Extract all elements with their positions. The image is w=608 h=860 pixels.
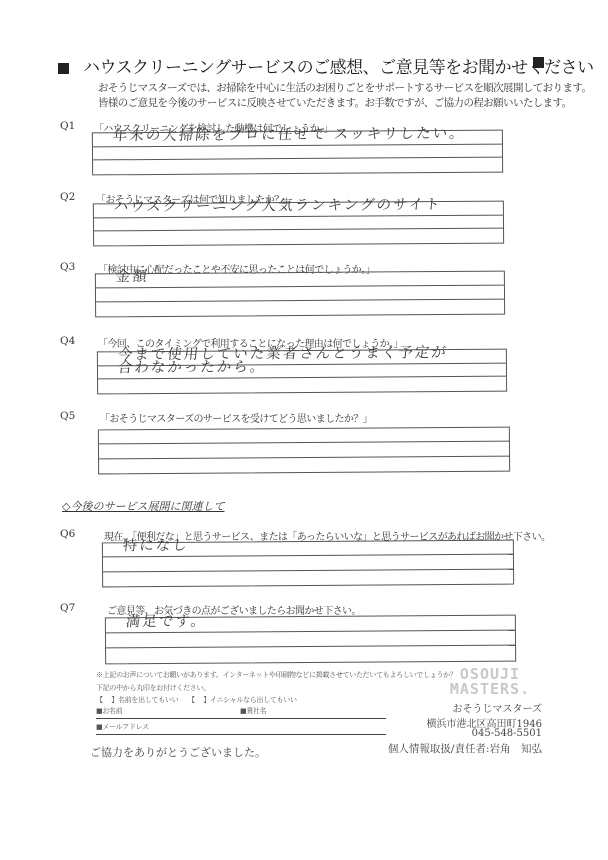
handwritten-answer: 年末の大掃除をプロに任せて スッキリしたい。 bbox=[112, 121, 467, 144]
thanks-message: ご協力をありがとうございました。 bbox=[90, 744, 266, 760]
answer-box-q1[interactable]: 年末の大掃除をプロに任せて スッキリしたい。 bbox=[92, 130, 503, 176]
handwritten-answer: 満足です。 bbox=[125, 610, 208, 632]
answer-box-q2[interactable]: ハウスクリーニング人気ランキングのサイト bbox=[93, 201, 504, 247]
company-label: ■貴社名 bbox=[240, 707, 266, 715]
name-label: ■お名前 bbox=[96, 707, 122, 715]
form-title: ハウスクリーニングサービスのご感想、ご意見等をお聞かせください bbox=[58, 53, 558, 78]
question-number: Q7 bbox=[60, 602, 75, 614]
privacy-officer: 個人情報取扱/責任者:岩角 知弘 bbox=[388, 741, 542, 756]
name-underline bbox=[96, 718, 386, 719]
question-number: Q1 bbox=[60, 120, 75, 132]
answer-box-q5[interactable] bbox=[98, 427, 510, 475]
section-heading: ◇今後のサービス展開に関連して bbox=[62, 498, 224, 514]
answer-box-q6[interactable]: 特になし bbox=[102, 540, 514, 588]
square-bullet-icon bbox=[58, 63, 69, 74]
intro-line-1: おそうじマスターズでは、お掃除を中心に生活のお困りごとをサポートするサービスを順… bbox=[98, 80, 591, 95]
email-field[interactable]: ■メールアドレス bbox=[96, 722, 386, 735]
question-number: Q5 bbox=[60, 410, 75, 422]
answer-line[interactable] bbox=[99, 456, 509, 473]
question-number: Q2 bbox=[60, 191, 75, 203]
intro-line-2: 皆様のご意見を今後のサービスに反映させていただきます。お手数ですが、ご協力の程お… bbox=[98, 95, 572, 110]
question-text: 「おそうじマスターズのサービスを受けてどう思いましたか？」 bbox=[100, 410, 372, 425]
answer-line[interactable] bbox=[103, 569, 513, 586]
answer-box-q7[interactable]: 満足です。 bbox=[105, 615, 516, 665]
answer-line[interactable] bbox=[93, 158, 502, 175]
handwritten-answer: 金額 bbox=[115, 265, 150, 286]
question-number: Q6 bbox=[60, 528, 75, 540]
handwritten-answer: ハウスクリーニング人気ランキングのサイト bbox=[113, 193, 443, 216]
company-field[interactable]: ■貴社名 bbox=[240, 706, 386, 718]
consent-line-2: 下記の中から丸印をお付けください。 bbox=[96, 683, 210, 693]
consent-option-initial[interactable]: 【 】イニシャルなら出してもいい bbox=[188, 695, 297, 705]
company-name: おそうじマスターズ bbox=[453, 700, 543, 715]
question-number: Q3 bbox=[60, 261, 75, 273]
answer-line[interactable] bbox=[94, 229, 503, 246]
email-label: ■メールアドレス bbox=[96, 723, 149, 731]
answer-box-q3[interactable]: 金額 bbox=[95, 271, 505, 318]
handwritten-answer: 合わなかったから。 bbox=[117, 356, 268, 378]
consent-option-name[interactable]: 【 】名前を出してもいい bbox=[96, 695, 178, 705]
logo-line-2: MASTERS. bbox=[440, 682, 540, 697]
answer-line[interactable] bbox=[98, 377, 506, 394]
square-bullet-icon bbox=[533, 57, 544, 68]
question-number: Q4 bbox=[60, 335, 75, 347]
company-phone: 045-548-5501 bbox=[472, 728, 542, 739]
answer-line[interactable] bbox=[106, 646, 515, 664]
answer-line[interactable] bbox=[96, 300, 504, 317]
form-title-text: ハウスクリーニングサービスのご感想、ご意見等をお聞かせください bbox=[83, 58, 594, 78]
answer-box-q4[interactable]: 今まで使用していた業者さんとうまく予定が合わなかったから。 bbox=[97, 349, 507, 395]
company-logo: OSOUJI MASTERS. bbox=[440, 667, 540, 697]
handwritten-answer: 特になし bbox=[122, 534, 190, 555]
consent-line-1: ※上記のお声についてお願いがあります。インターネットや印刷物などに掲載させていた… bbox=[96, 670, 456, 680]
